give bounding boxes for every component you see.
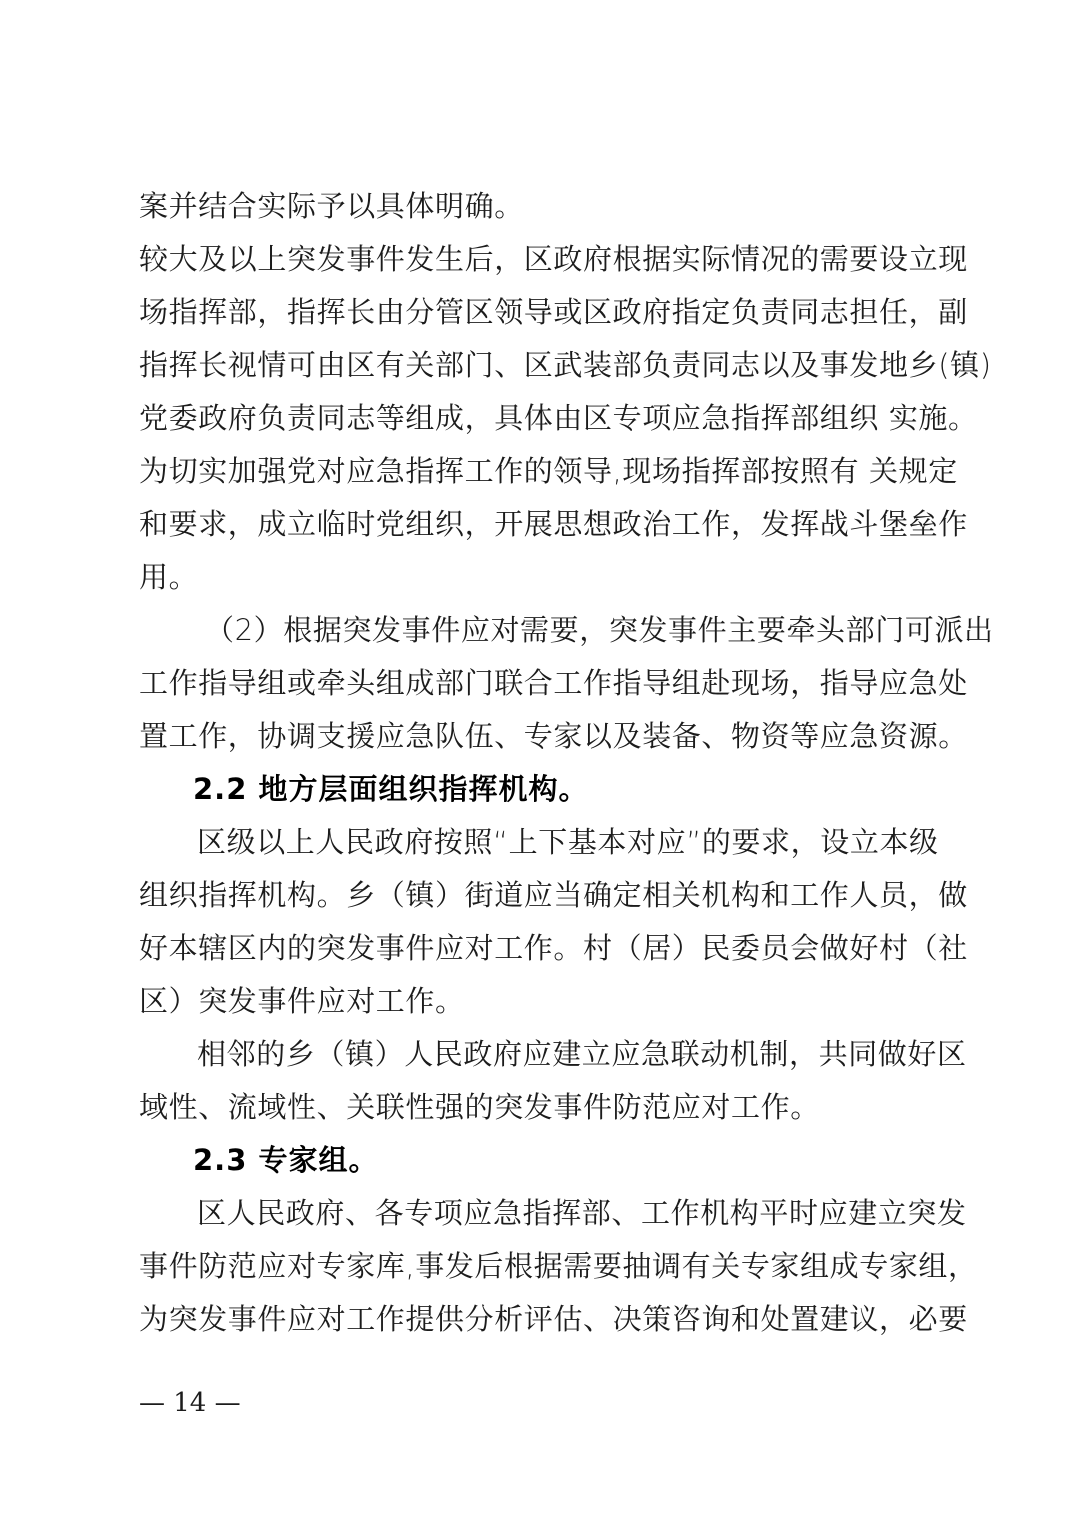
paragraph-line: 为切实加强党对应急指挥工作的领导,现场指挥部按照有 关规定: [139, 453, 939, 489]
paragraph-line: 为突发事件应对工作提供分析评估、决策咨询和处置建议，必要: [139, 1301, 939, 1337]
paragraph-line: 党委政府负责同志等组成，具体由区专项应急指挥部组织 实施。: [139, 400, 939, 436]
paragraph-line: 好本辖区内的突发事件应对工作。村（居）民委员会做好村（社: [139, 930, 939, 966]
paragraph-line: （2）根据突发事件应对需要，突发事件主要牵头部门可派出: [205, 612, 1005, 648]
paragraph-line: 区）突发事件应对工作。: [139, 983, 939, 1019]
paragraph-line: 区人民政府、各专项应急指挥部、工作机构平时应建立突发: [197, 1195, 997, 1231]
paragraph-line: 案并结合实际予以具体明确。: [139, 188, 939, 224]
paragraph-line: 和要求，成立临时党组织，开展思想政治工作，发挥战斗堡垒作: [139, 506, 939, 542]
paragraph-line: 用。: [139, 559, 939, 595]
paragraph-line: 指挥长视情可由区有关部门、区武装部负责同志以及事发地乡(镇): [139, 347, 939, 383]
paragraph-line: 相邻的乡（镇）人民政府应建立应急联动机制，共同做好区: [197, 1036, 997, 1072]
paragraph-line: 区级以上人民政府按照“上下基本对应”的要求，设立本级: [197, 824, 997, 860]
section-heading-2-2: 2.2 地方层面组织指挥机构。: [193, 771, 588, 807]
document-page: 案并结合实际予以具体明确。 较大及以上突发事件发生后，区政府根据实际情况的需要设…: [0, 0, 1074, 1520]
paragraph-line: 工作指导组或牵头组成部门联合工作指导组赴现场，指导应急处: [139, 665, 939, 701]
paragraph-line: 事件防范应对专家库,事发后根据需要抽调有关专家组成专家组，: [139, 1248, 939, 1284]
paragraph-line: 组织指挥机构。乡（镇）街道应当确定相关机构和工作人员，做: [139, 877, 939, 913]
paragraph-line: 场指挥部，指挥长由分管区领导或区政府指定负责同志担任，副: [139, 294, 939, 330]
page-number: — 14 —: [139, 1388, 241, 1418]
paragraph-line: 置工作，协调支援应急队伍、专家以及装备、物资等应急资源。: [139, 718, 939, 754]
paragraph-line: 域性、流域性、关联性强的突发事件防范应对工作。: [139, 1089, 939, 1125]
section-heading-2-3: 2.3 专家组。: [193, 1142, 378, 1178]
paragraph-line: 较大及以上突发事件发生后，区政府根据实际情况的需要设立现: [139, 241, 939, 277]
